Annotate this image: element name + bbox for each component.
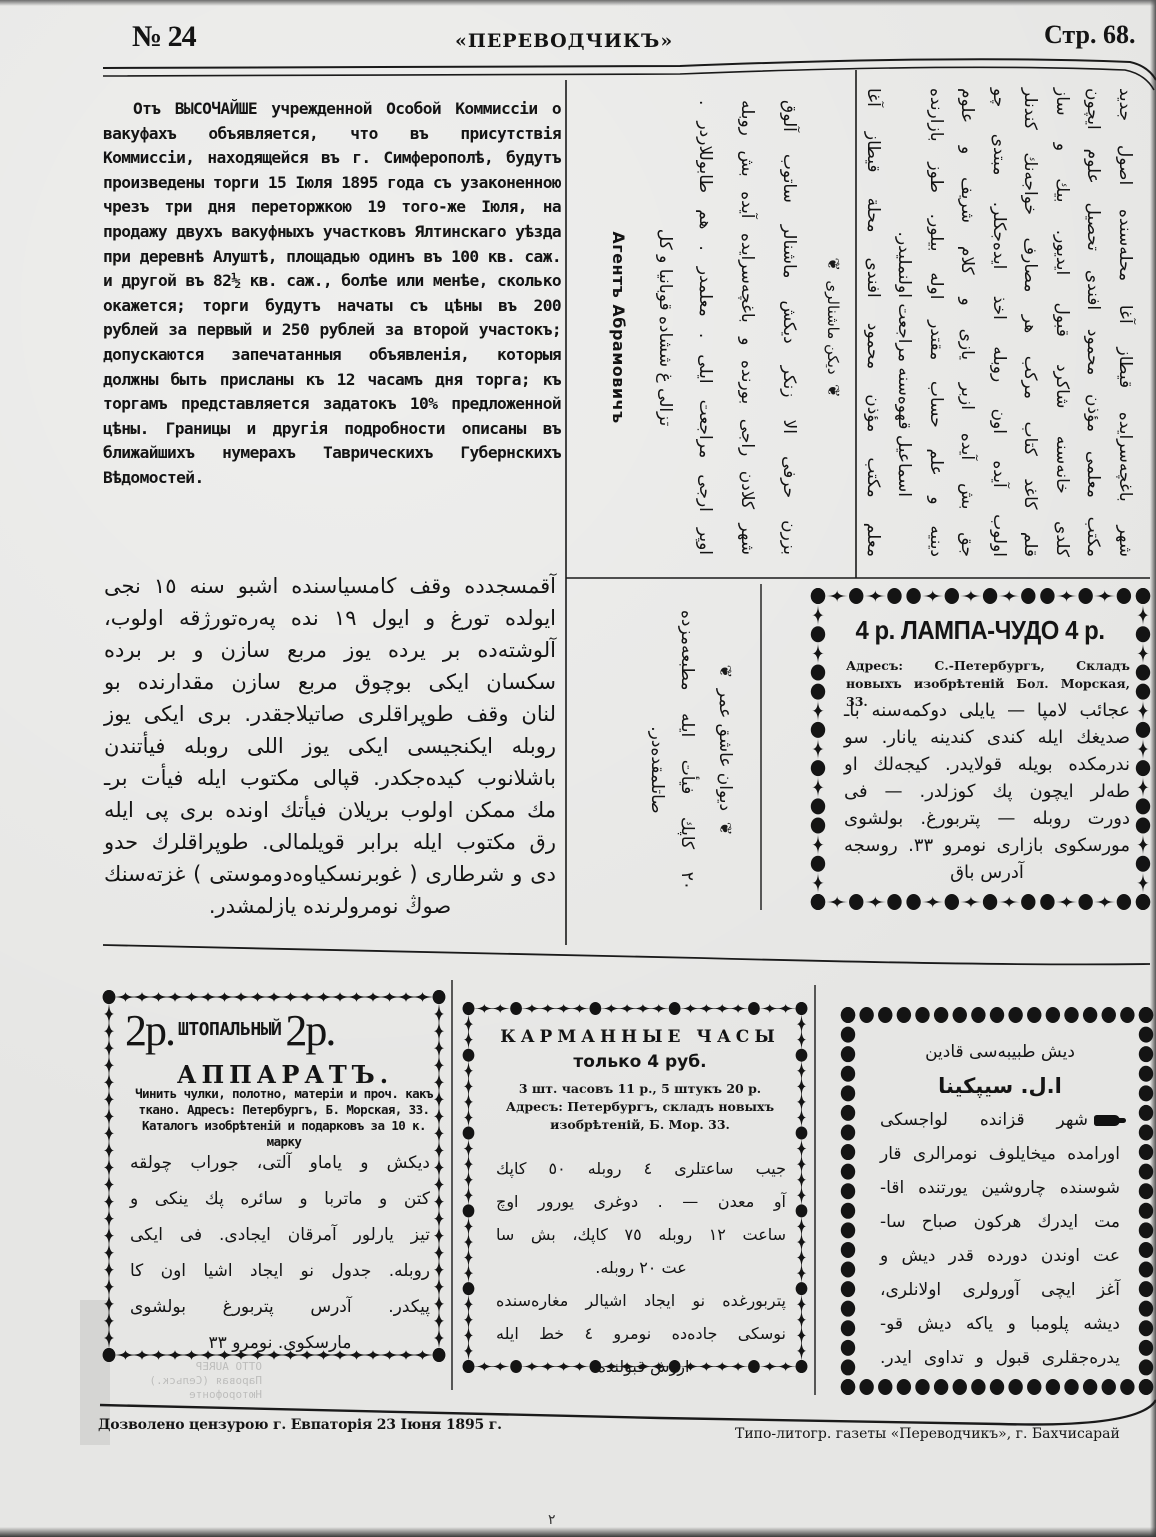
- dentist-line: مت ايدرك هركون صباح سا-: [880, 1205, 1120, 1239]
- russian-auction-notice: Отъ ВЫСОЧАЙШЕ учрежденной Особой Коммисс…: [103, 97, 561, 491]
- lamp-line: صديغك ايله كندى كندينه يانار. سو: [844, 724, 1130, 751]
- darning-line: روبله. جدول نو ايجاد اشيا اون كا: [130, 1253, 430, 1289]
- divan-line: صاتلمقدەدر.: [642, 610, 672, 890]
- sewing-line: بزرن حرفى الا زنكر ديكش ماشنالر ساتوب آل…: [774, 80, 804, 575]
- notice-line: روبله ايكنجيسى ايكى يوز اللى روبله فيأتن…: [104, 730, 556, 762]
- dentist-line: آغز ايچى آورولرى اولانلرى،: [880, 1273, 1120, 1307]
- dentist-line-text: شهر قزانده لواجسكى: [880, 1110, 1088, 1130]
- dentist-ad-text: ديش طبيبەسى قادين ا.ل. سيپكينا شهر قزاند…: [880, 1035, 1120, 1375]
- darning-ad-description: Чинить чулки, полотно, матеріи и проч. к…: [134, 1086, 434, 1150]
- watch-address: Адресъ: Петербургъ, складъ новыхъ изобрѣ…: [490, 1098, 790, 1134]
- fleuron-ornament-icon: ❦: [710, 822, 740, 835]
- fleuron-ornament-icon: ❦: [818, 384, 848, 397]
- notice-line: لنان وقف طوپراقلرى صاتيلاجقدر. برى ايكى …: [104, 698, 556, 730]
- censorship-line: Дозволено цензурою г. Евпаторія 23 Іюня …: [98, 1417, 502, 1433]
- watch-line: ساعت ١٢ روبله ٧٥ كاپك، بش سا: [496, 1218, 786, 1251]
- darning-ad-subtitle: АППАРАТЪ.: [140, 1060, 430, 1089]
- issue-number: № 24: [132, 20, 196, 54]
- stamp-line: Паровая (Сельск.) Нюторофонте: [112, 1374, 262, 1402]
- fleuron-ornament-icon: ❦: [818, 257, 848, 270]
- watch-ad-details: 3 шт. часовъ 11 р., 5 штукъ 20 р. Адресъ…: [490, 1080, 790, 1134]
- dentist-line: ديش طبيبەسى قادين: [880, 1035, 1120, 1069]
- price-right: 2р.: [285, 1006, 334, 1055]
- bleed-through-stamp: OTTO AUREP Паровая (Сельск.) Нюторофонте: [112, 1360, 262, 1405]
- product-name: ШТОПАЛЬНЫЙ: [178, 1019, 281, 1040]
- notice-line: دى و شرطارى ( غوبرنسكياوەدوموستى ) غزتەس…: [104, 858, 556, 890]
- darning-line: تيز يارلور آمرقان ايجادى. فى ايكى: [130, 1217, 430, 1253]
- dentist-name: ا.ل. سيپكينا: [880, 1069, 1120, 1103]
- pointing-hand-icon: [1094, 1115, 1120, 1126]
- divan-title-line: ❦ ديوان عاشق عمر ❦: [710, 610, 740, 890]
- dentist-line: عت اوندن دورده قدر ديش و: [880, 1239, 1120, 1273]
- sewing-line: شهر كلادن راجى بورنده و باغچەسرايده آيده…: [732, 80, 762, 575]
- watch-line: جيب ساعتلرى ٤ روبله ٥٠ كاپك: [496, 1152, 786, 1185]
- lamp-ad-title: 4 р. ЛАМПА-ЧУДО 4 р.: [833, 615, 1127, 646]
- lamp-line: دورت روبله — پتربورغ. بولشوى: [844, 805, 1130, 832]
- page-number: Стр. 68.: [1044, 20, 1135, 50]
- sewing-header: ديكن ماشنالرى: [824, 280, 842, 374]
- watch-line: آو معدن — . دوغرى يورور اوچ: [496, 1185, 786, 1218]
- notice-line: آقمسجدده وقف كامسياسنده اشبو سنه ١٥ نجى: [104, 570, 556, 602]
- school-line: شهر باغچەسرايده قيطاز آغا محلەسنده اصول …: [1109, 88, 1141, 557]
- darning-line: ديكش و ياماو آلتى، جوراب چولقه: [130, 1145, 430, 1181]
- school-line: دينيه و علم حساب مقتدر اوله بيلور. طوز ب…: [920, 88, 952, 557]
- dentist-line: شهر قزانده لواجسكى: [880, 1103, 1120, 1137]
- sewing-header-line: ❦ ديكن ماشنالرى ❦: [818, 80, 856, 575]
- dentist-line: ديشه پلومبا و ياكه ديش قو-: [880, 1307, 1120, 1341]
- school-line: جق بش آيده ازبر يازى و كلام شريف و علوم: [951, 88, 983, 557]
- notice-line: صوڭ نومرولرنده يازلمشدر.: [104, 890, 556, 922]
- notice-line: باشلانوب كيدەجكدر. قپالى مكتوب ايله فيأت…: [104, 762, 556, 794]
- notice-line: رق مكتوب ايله برابر قويلمالى. طوپراقلرك …: [104, 826, 556, 858]
- watch-ad-text: جيب ساعتلرى ٤ روبله ٥٠ كاپك آو معدن — . …: [496, 1152, 786, 1383]
- watch-line: ارزش قبولندە.: [496, 1350, 786, 1383]
- divan-book-notice: ❦ ديوان عاشق عمر ❦ ٢٠ كاپك فيأت ايله مطب…: [600, 600, 760, 900]
- lamp-line: عجائب لامپا — يايلى دوكمەسنه باـ: [844, 697, 1130, 724]
- school-line: قلم كاغد كتاب مركب هر مصارف خواجەنك كندن…: [1014, 88, 1046, 557]
- dentist-line: اورامده ميخايلوف نومرالرى قار: [880, 1137, 1120, 1171]
- darning-line: كتن و ماتربا و سائره پك ينكى و: [130, 1181, 430, 1217]
- school-notice: شهر باغچەسرايده قيطاز آغا محلەسنده اصول …: [860, 70, 1150, 575]
- watch-details-line: 3 шт. часовъ 11 р., 5 штукъ 20 р.: [490, 1080, 790, 1098]
- page-bottom-edge: [0, 1527, 1156, 1537]
- watch-line: پتربورغده نو ايجاد اشيالر مغارەسنده: [496, 1284, 786, 1317]
- lamp-line: مورسكوى بازارى نومرو ٣٣. روسجه: [844, 832, 1130, 859]
- russian-notice-text: Отъ ВЫСОЧАЙШЕ учрежденной Особой Коммисс…: [103, 97, 561, 491]
- darning-line: پيكدر. آدرس پتربورغ بولشوى: [130, 1289, 430, 1325]
- divan-line: ٢٠ كاپك فيأت ايله مطبعەمزده: [672, 610, 702, 890]
- lamp-line: آدرس باق: [844, 859, 1130, 886]
- school-line: كلدى خانەسنه شاكرد قبول ايديور. بيك و سا…: [1046, 88, 1078, 557]
- sewing-line: تزالى غ ششاده قوبانيا و كل: [650, 80, 680, 575]
- darning-ad-text: ديكش و ياماو آلتى، جوراب چولقه كتن و مات…: [130, 1145, 430, 1361]
- lamp-ad-text: عجائب لامپا — يايلى دوكمەسنه باـ صديغك ا…: [844, 697, 1130, 886]
- divan-title: ديوان عاشق عمر: [715, 689, 735, 811]
- school-line: اولوب آيده اون روبله اخذ ايدەجكلر. مبتدى…: [983, 88, 1015, 557]
- fleuron-ornament-icon: ❦: [710, 665, 740, 678]
- darning-line: مارسكوى. نومرو ٣٣: [130, 1325, 430, 1361]
- sewing-line: اوپر ارجى مراجعت ايلى . معلمدر . هم طابو…: [690, 80, 720, 575]
- newspaper-title: «ПЕРЕВОДЧИКЪ»: [455, 30, 785, 52]
- notice-line: سكسان ايكى بوچوق مربع سازن مقدارنده بو: [104, 666, 556, 698]
- notice-line: آلوشتەده بر يرده يوز مربع سازن و بر برده: [104, 634, 556, 666]
- agent-signature: Агентъ Абрамовичъ: [609, 80, 628, 575]
- watch-ad-price: только 4 руб.: [480, 1052, 800, 1072]
- bottom-mark: ٢: [548, 1512, 556, 1528]
- darning-ad-title: 2р. ШТОПАЛЬНЫЙ 2р.: [125, 1005, 430, 1056]
- stamp-line: OTTO AUREP: [112, 1360, 262, 1374]
- school-line: اسماعيل قهوەسنه مراجعت اولنمليدر.: [888, 88, 920, 557]
- dentist-line: يدرەجقلرى قبول و تداوى ايدر.: [880, 1341, 1120, 1375]
- school-line: معلم مكتب مؤذن محمود افندى محلة قيطاز آغ…: [860, 88, 888, 557]
- lamp-line: ندرمكده بويله قولايدر. كيجەلك او: [844, 751, 1130, 778]
- school-line: مكتب معلمى مؤذن محمود افندى تحصيل علوم ا…: [1077, 88, 1109, 557]
- newspaper-page: № 24 «ПЕРЕВОДЧИКЪ» Стр. 68. Отъ ВЫСОЧАЙШ…: [0, 0, 1156, 1537]
- page-top-edge: [0, 0, 1156, 6]
- watch-line: نوسكى جادەده نومرو ٤ خط ايله: [496, 1317, 786, 1350]
- watch-ad-title: КАРМАННЫЕ ЧАСЫ: [480, 1027, 800, 1047]
- lamp-line: طەلر ايچون پك كوزلدر. — فى: [844, 778, 1130, 805]
- dentist-line: شوسنده چاروشين يورتنده اقا-: [880, 1171, 1120, 1205]
- watch-line: عت ٢٠ روبله.: [496, 1251, 786, 1284]
- crimean-tatar-auction-notice: آقمسجدده وقف كامسياسنده اشبو سنه ١٥ نجى …: [104, 570, 556, 922]
- notice-line: مك ممكن اولوب بريلان فيأتك اونده برى پى …: [104, 794, 556, 826]
- sewing-machine-notice: ❦ ديكن ماشنالرى ❦ بزرن حرفى الا زنكر ديك…: [570, 80, 856, 575]
- printer-line: Типо-литогр. газеты «Переводчикъ», г. Ба…: [735, 1426, 1156, 1442]
- notice-line: ايولده تورغ و ايول ١٩ نده پەرەتورژقه اول…: [104, 602, 556, 634]
- price-left: 2р.: [125, 1006, 174, 1055]
